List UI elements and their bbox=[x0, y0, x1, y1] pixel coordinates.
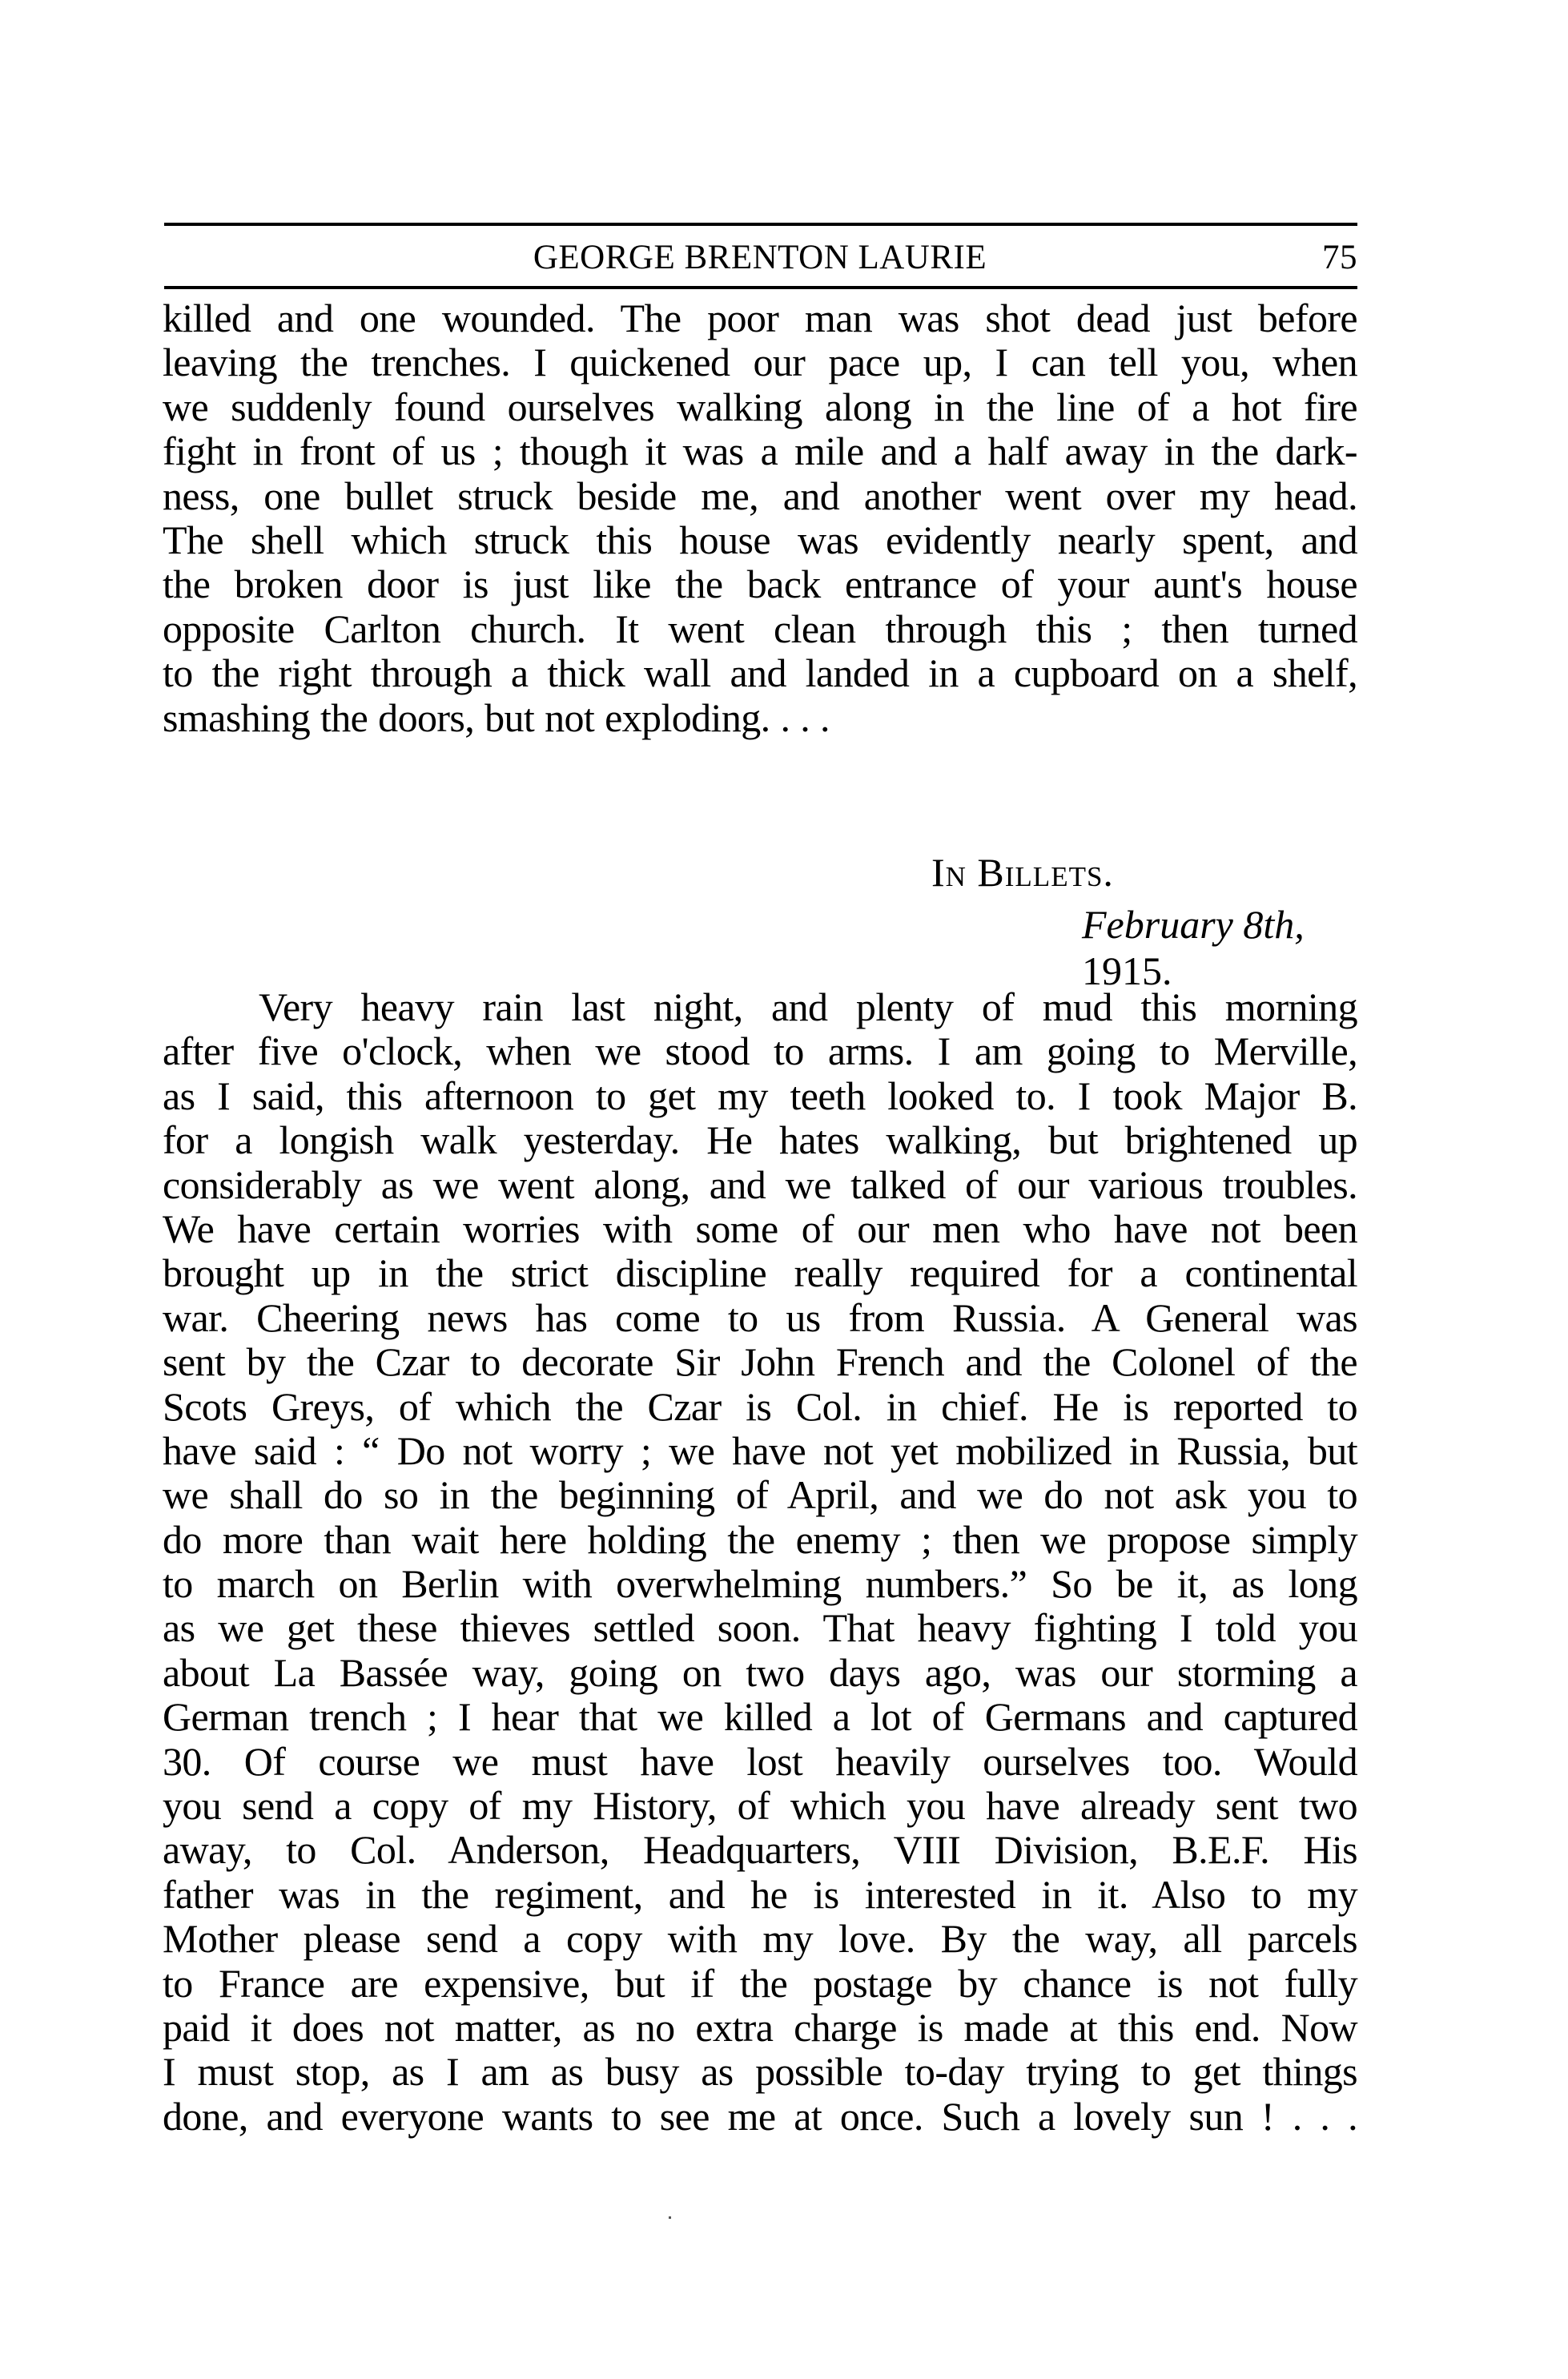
text-line: we shall do so in the beginning of April… bbox=[163, 1473, 1357, 1517]
scan-speck bbox=[669, 2216, 671, 2219]
page-number: 75 bbox=[1322, 234, 1357, 282]
text-line: away, to Col. Anderson, Headquarters, VI… bbox=[163, 1828, 1357, 1872]
date-month-day: February 8th, bbox=[1082, 902, 1305, 947]
running-header: GEORGE BRENTON LAURIE 75 bbox=[163, 234, 1357, 282]
text-line: considerably as we went along, and we ta… bbox=[163, 1163, 1357, 1207]
letter-date: February 8th, 1915. bbox=[1082, 901, 1357, 994]
section-heading: In Billets. bbox=[931, 849, 1114, 896]
text-line: 30. Of course we must have lost heavily … bbox=[163, 1740, 1357, 1784]
text-line: I must stop, as I am as busy as possible… bbox=[163, 2050, 1357, 2094]
text-line: war. Cheering news has come to us from R… bbox=[163, 1296, 1357, 1340]
text-line: sent by the Czar to decorate Sir John Fr… bbox=[163, 1340, 1357, 1384]
text-line: do more than wait here holding the enemy… bbox=[163, 1518, 1357, 1562]
text-line: done, and everyone wants to see me at on… bbox=[163, 2095, 1357, 2139]
text-line: Scots Greys, of which the Czar is Col. i… bbox=[163, 1385, 1357, 1429]
text-line: ness, one bullet struck beside me, and a… bbox=[163, 474, 1357, 518]
text-line: as I said, this afternoon to get my teet… bbox=[163, 1074, 1357, 1118]
text-line: leaving the trenches. I quickened our pa… bbox=[163, 340, 1357, 384]
text-line: about La Bassée way, going on two days a… bbox=[163, 1651, 1357, 1695]
text-line: to march on Berlin with overwhelming num… bbox=[163, 1562, 1357, 1606]
text-line: brought up in the strict discipline real… bbox=[163, 1251, 1357, 1295]
text-line: smashing the doors, but not exploding. .… bbox=[163, 696, 1357, 740]
text-line: opposite Carlton church. It went clean t… bbox=[163, 607, 1357, 651]
text-line: for a longish walk yesterday. He hates w… bbox=[163, 1118, 1357, 1162]
text-line: to France are expensive, but if the post… bbox=[163, 1962, 1357, 2006]
text-line: you send a copy of my History, of which … bbox=[163, 1784, 1357, 1828]
text-line: German trench ; I hear that we killed a … bbox=[163, 1695, 1357, 1739]
text-line: have said : “ Do not worry ; we have not… bbox=[163, 1429, 1357, 1473]
running-title: GEORGE BRENTON LAURIE bbox=[163, 234, 1357, 282]
header-top-rule bbox=[164, 223, 1357, 226]
paragraph-1: killed and one wounded. The poor man was… bbox=[163, 296, 1357, 740]
text-line: as we get these thieves settled soon. Th… bbox=[163, 1606, 1357, 1650]
text-line: fight in front of us ; though it was a m… bbox=[163, 429, 1357, 473]
text-line: father was in the regiment, and he is in… bbox=[163, 1873, 1357, 1917]
text-line: the broken door is just like the back en… bbox=[163, 562, 1357, 606]
text-line: to the right through a thick wall and la… bbox=[163, 651, 1357, 695]
text-line: killed and one wounded. The poor man was… bbox=[163, 296, 1357, 340]
text-line: Mother please send a copy with my love. … bbox=[163, 1917, 1357, 1961]
text-line: paid it does not matter, as no extra cha… bbox=[163, 2006, 1357, 2050]
text-line: The shell which struck this house was ev… bbox=[163, 518, 1357, 562]
text-line: We have certain worries with some of our… bbox=[163, 1207, 1357, 1251]
header-bottom-rule bbox=[164, 286, 1357, 289]
text-line: Very heavy rain last night, and plenty o… bbox=[163, 985, 1357, 1029]
paragraph-2: Very heavy rain last night, and plenty o… bbox=[163, 985, 1357, 2139]
text-line: we suddenly found ourselves walking alon… bbox=[163, 385, 1357, 429]
text-line: after five o'clock, when we stood to arm… bbox=[163, 1029, 1357, 1073]
